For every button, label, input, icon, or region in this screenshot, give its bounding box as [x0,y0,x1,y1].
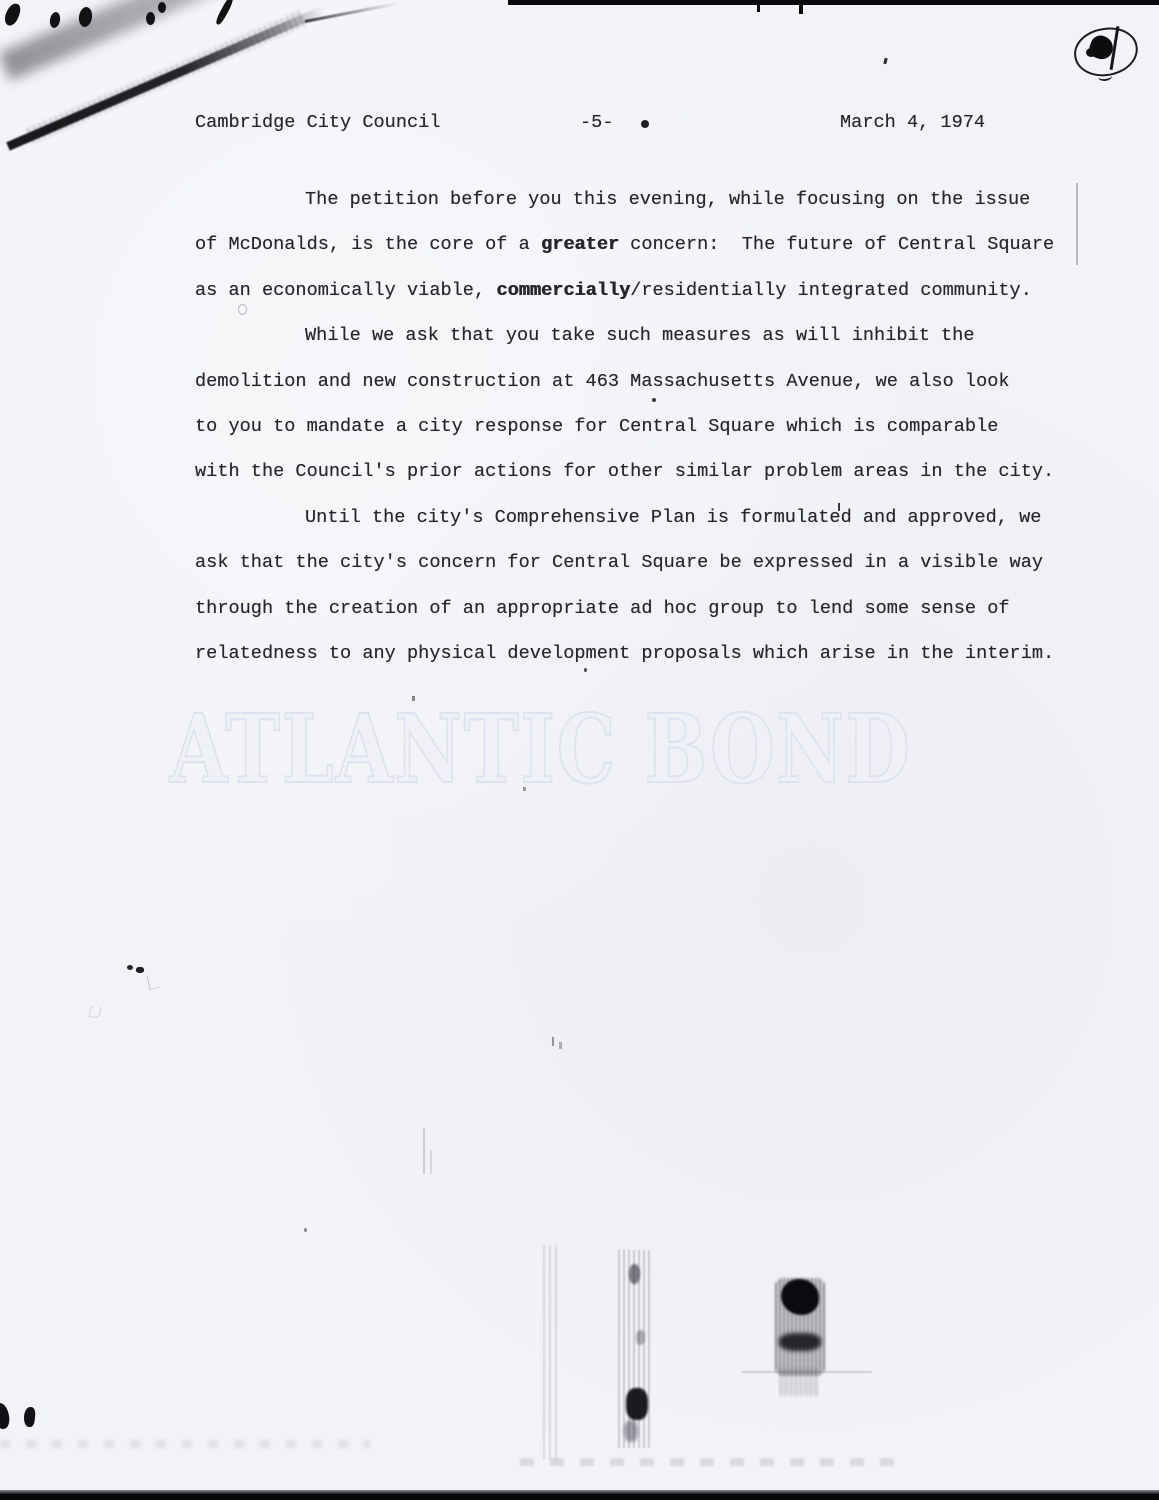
scan-scratch [430,1150,432,1174]
body-text-run: through the creation of an appropriate a… [195,598,1010,619]
ink-speck [238,304,247,315]
ink-speck [552,1037,554,1046]
body-text-run-bold: greater [541,234,619,255]
ink-blot [624,1420,638,1442]
scan-edge-strip [0,1490,1159,1500]
ink-speck [652,398,656,402]
ink-blot [779,1333,821,1351]
body-line: The petition before you this evening, wh… [195,177,1090,222]
body-line: demolition and new construction at 463 M… [195,359,1090,404]
header-organization: Cambridge City Council [195,112,440,133]
ink-tick [799,3,803,14]
ink-dot [146,12,155,25]
ink-dot [158,2,166,13]
body-text-run: of McDonalds, is the core of a [195,234,541,255]
ink-speck [523,787,526,791]
paper-watermark: ATLANTIC BOND [170,694,911,805]
ink-speck [584,668,587,672]
body-text-run: relatedness to any physical development … [195,643,1054,664]
ink-blot [626,1388,648,1420]
header-page-number: -5- [580,112,613,133]
ink-speck [88,1003,102,1019]
body-line: of McDonalds, is the core of a greater c… [195,222,1090,267]
scan-edge-strip [508,0,1159,5]
body-text-run: to you to mandate a city response for Ce… [195,416,998,437]
header-date: March 4, 1974 [840,112,985,133]
body-text-run: with the Council's prior actions for oth… [195,461,1054,482]
body-line: relatedness to any physical development … [195,631,1090,676]
ink-speck [147,973,161,990]
scan-scuff [520,1458,910,1466]
scan-scuff [742,1371,872,1373]
body-line: Until the city's Comprehensive Plan is f… [195,495,1090,540]
annotation-tail [1098,71,1113,81]
ink-tick [757,3,760,12]
body-text-run: ask that the city's concern for Central … [195,552,1043,573]
body-line: as an economically viable, commercially/… [195,268,1090,313]
ink-blot-large [781,1279,819,1315]
document-page: Cambridge City Council -5- March 4, 1974… [0,0,1159,1500]
body-text-run: concern: The future of Central Square [619,234,1054,255]
document-body: The petition before you this evening, wh… [195,177,1090,676]
ink-speck [127,965,133,970]
ink-speck [412,696,415,701]
ink-dot [214,0,234,26]
body-text-run: as an economically viable, [195,280,496,301]
ink-blot [1086,48,1096,57]
body-line: through the creation of an appropriate a… [195,586,1090,631]
body-line: ask that the city's concern for Central … [195,540,1090,585]
body-text-run: The petition before you this evening, wh… [305,189,1030,210]
ink-dot [3,2,22,28]
ink-blot [0,1402,11,1430]
circled-page-annotation [1072,22,1144,84]
scan-scratch [423,1128,425,1174]
ink-speck [559,1042,562,1049]
ink-blot [636,1330,645,1345]
body-text-run: /residentially integrated community. [630,280,1032,301]
ink-blot [23,1406,36,1427]
body-text-run-bold: commercially [496,280,630,301]
ink-speck [883,58,887,65]
body-text-run: Until the city's Comprehensive Plan is f… [305,507,1041,528]
body-line: with the Council's prior actions for oth… [195,449,1090,494]
ink-dot [641,120,649,128]
body-line: to you to mandate a city response for Ce… [195,404,1090,449]
body-line: While we ask that you take such measures… [195,313,1090,358]
scan-scratch [1076,183,1078,265]
ink-blot [629,1264,640,1284]
scan-scuff [0,1440,370,1448]
ink-streak-column [543,1245,559,1460]
ink-speck [136,967,144,973]
ink-speck [304,1228,307,1232]
body-text-run: While we ask that you take such measures… [305,325,974,346]
body-text-run: demolition and new construction at 463 M… [195,371,1010,392]
ink-speck [838,503,840,511]
